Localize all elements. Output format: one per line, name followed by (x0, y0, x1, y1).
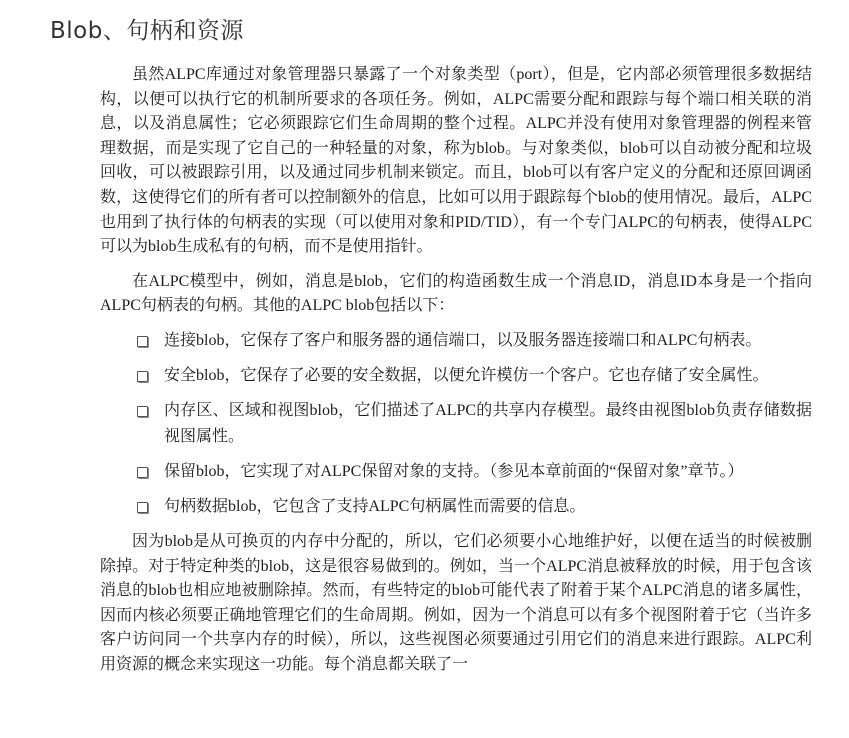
paragraph-blob-intro: 虽然ALPC库通过对象管理器只暴露了一个对象类型（port），但是，它内部必须管… (100, 63, 812, 260)
paragraph-blob-lifetime: 因为blob是从可换页的内存中分配的，所以，它们必须要小心地维护好，以便在适当的… (100, 530, 812, 678)
document-body: 虽然ALPC库通过对象管理器只暴露了一个对象类型（port），但是，它内部必须管… (100, 63, 812, 678)
list-item-section-region-view-blob: 内存区、区域和视图blob，它们描述了ALPC的共享内存模型。最终由视图blob… (100, 398, 812, 450)
list-item-reserve-blob: 保留blob，它实现了对ALPC保留对象的支持。（参见本章前面的“保留对象”章节… (100, 459, 812, 485)
checkbox-bullet-icon (137, 336, 148, 347)
list-item-text: 句柄数据blob，它包含了支持ALPC句柄属性而需要的信息。 (164, 498, 585, 515)
list-item-security-blob: 安全blob，它保存了必要的安全数据，以便允许模仿一个客户。它也存储了安全属性。 (100, 363, 812, 389)
list-item-handle-data-blob: 句柄数据blob，它包含了支持ALPC句柄属性而需要的信息。 (100, 494, 812, 520)
list-item-text: 保留blob，它实现了对ALPC保留对象的支持。（参见本章前面的“保留对象”章节… (164, 463, 744, 480)
blob-types-list: 连接blob，它保存了客户和服务器的通信端口，以及服务器连接端口和ALPC句柄表… (100, 328, 812, 520)
list-item-text: 安全blob，它保存了必要的安全数据，以便允许模仿一个客户。它也存储了安全属性。 (164, 367, 768, 384)
checkbox-bullet-icon (137, 467, 148, 478)
paragraph-alpc-model: 在ALPC模型中，例如，消息是blob，它们的构造函数生成一个消息ID，消息ID… (100, 270, 812, 319)
checkbox-bullet-icon (137, 406, 148, 417)
list-item-text: 连接blob，它保存了客户和服务器的通信端口，以及服务器连接端口和ALPC句柄表… (164, 332, 761, 349)
list-item-connection-blob: 连接blob，它保存了客户和服务器的通信端口，以及服务器连接端口和ALPC句柄表… (100, 328, 812, 354)
checkbox-bullet-icon (137, 371, 148, 382)
list-item-text: 内存区、区域和视图blob，它们描述了ALPC的共享内存模型。最终由视图blob… (164, 402, 812, 445)
checkbox-bullet-icon (137, 502, 148, 513)
section-heading: Blob、句柄和资源 (50, 12, 244, 45)
